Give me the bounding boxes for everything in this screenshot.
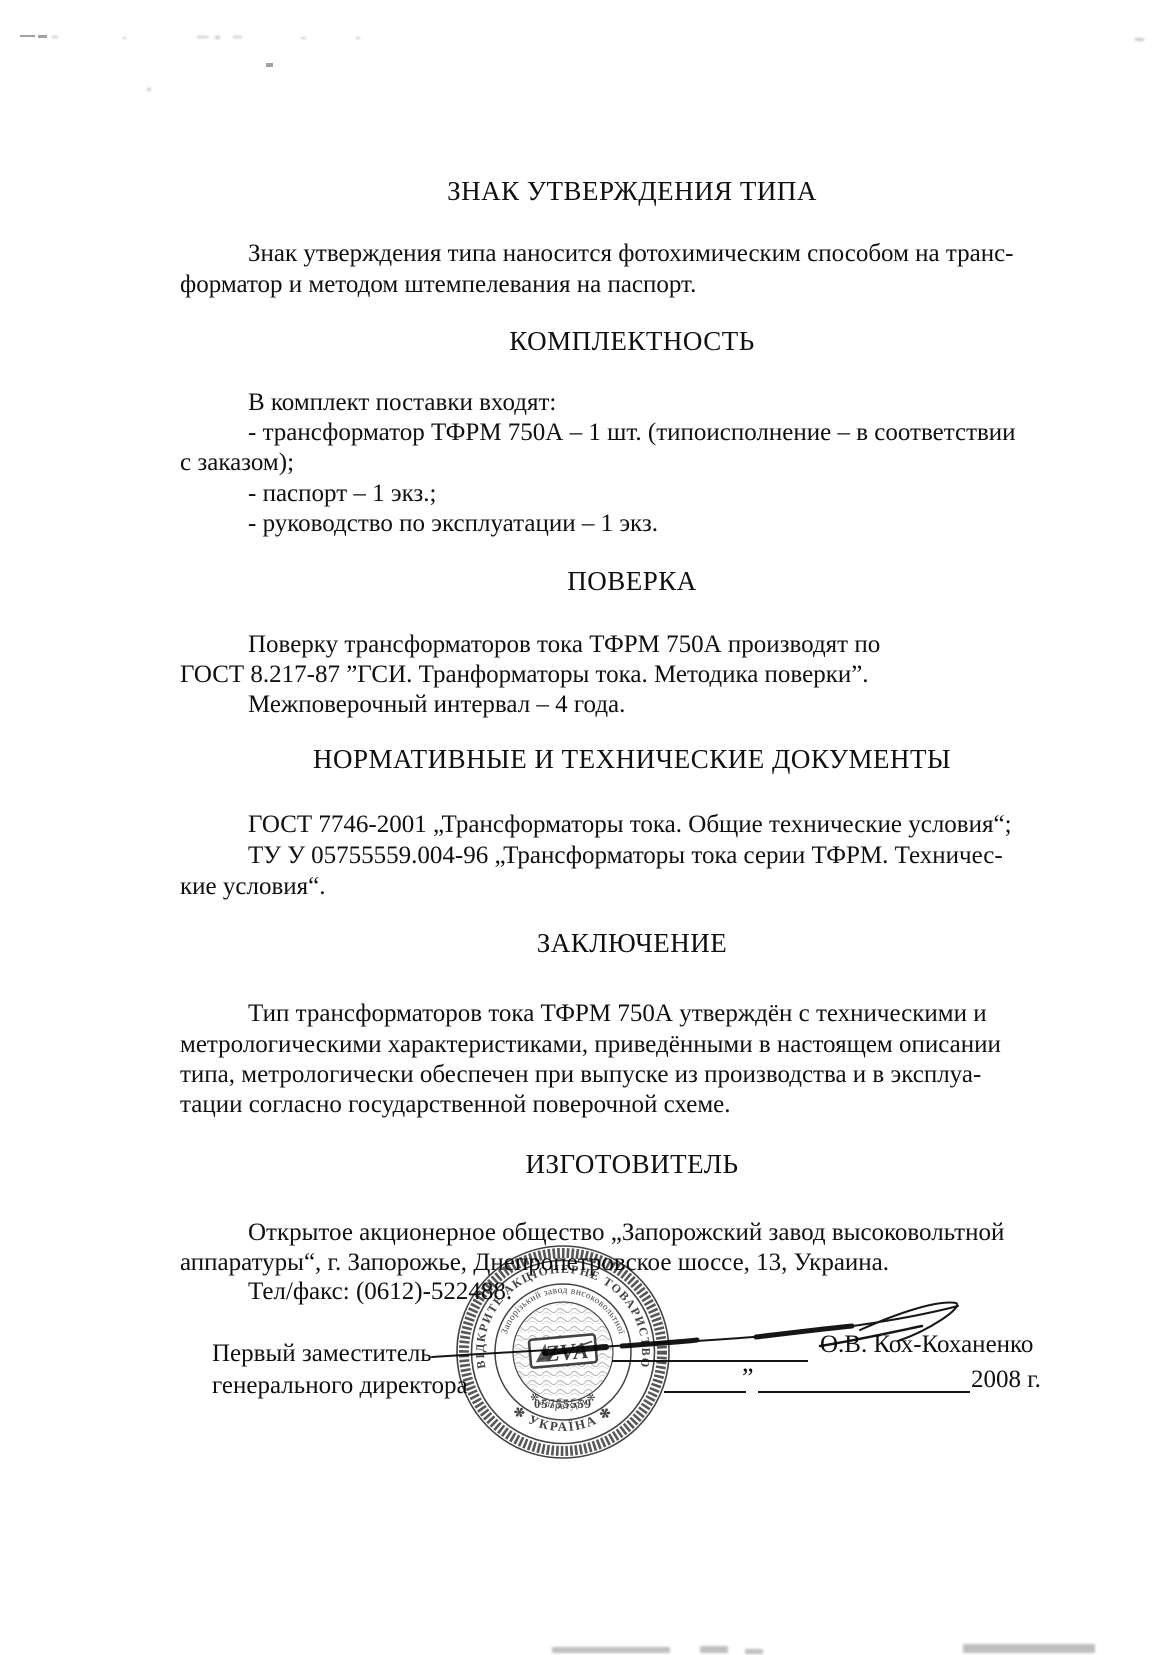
text-line: Межповерочный интервал – 4 года. bbox=[180, 691, 1092, 719]
scan-noise bbox=[20, 35, 35, 37]
text-line: - паспорт – 1 экз.; bbox=[180, 480, 1092, 508]
date-month-blank bbox=[758, 1391, 970, 1393]
text-line: Поверку трансформаторов тока ТФРМ 750А п… bbox=[180, 631, 1092, 659]
date-year: 2008 г. bbox=[971, 1366, 1041, 1394]
seal-graphic: ВІДКРИТЕ АКЦІОНЕРНЕ ТОВАРИСТВО ✻ УКРАЇНА… bbox=[445, 1234, 681, 1470]
scan-noise bbox=[123, 37, 126, 39]
section-heading-normative-docs: НОРМАТИВНЫЕ И ТЕХНИЧЕСКИЕ ДОКУМЕНТЫ bbox=[210, 744, 1054, 775]
text-line: метрологическими характеристиками, приве… bbox=[180, 1031, 1024, 1059]
signer-name: О.В. Кох-Коханенко bbox=[820, 1331, 1033, 1359]
section-heading-conclusion: ЗАКЛЮЧЕНИЕ bbox=[210, 928, 1054, 959]
scan-noise bbox=[1135, 38, 1144, 41]
text-line: Тип трансформаторов тока ТФРМ 750А утвер… bbox=[180, 1000, 1092, 1028]
scan-fragment bbox=[700, 1646, 728, 1653]
scan-noise bbox=[147, 88, 151, 91]
text-line: кие условия“. bbox=[180, 873, 1024, 901]
section-heading-approval-mark: ЗНАК УТВЕРЖДЕНИЯ ТИПА bbox=[210, 176, 1054, 207]
text-line: В комплект поставки входят: bbox=[180, 389, 1092, 417]
scan-noise bbox=[197, 36, 208, 38]
text-line: ГОСТ 8.217-87 ”ГСИ. Транформаторы тока. … bbox=[180, 661, 1024, 689]
scan-noise bbox=[301, 37, 306, 39]
scan-noise bbox=[52, 36, 58, 38]
scan-fragment bbox=[552, 1647, 670, 1653]
scan-noise bbox=[215, 36, 220, 39]
text-line: - руководство по эксплуатации – 1 экз. bbox=[180, 510, 1092, 538]
text-line: типа, метрологически обеспечен при выпус… bbox=[180, 1061, 1024, 1089]
scan-noise bbox=[233, 36, 242, 38]
seal-logo-text: ZVA bbox=[544, 1338, 590, 1367]
signer-role-line2: генерального директора bbox=[212, 1372, 468, 1400]
section-heading-verification: ПОВЕРКА bbox=[210, 566, 1054, 597]
scan-fragment bbox=[963, 1644, 1095, 1653]
scan-noise bbox=[356, 37, 360, 39]
text-line: тации согласно государственной поверочно… bbox=[180, 1091, 1024, 1119]
text-line: - трансформатор ТФРМ 750А – 1 шт. (типои… bbox=[180, 419, 1092, 447]
document-page: ЗНАК УТВЕРЖДЕНИЯ ТИПА Знак утверждения т… bbox=[0, 0, 1175, 1655]
scan-fragment bbox=[745, 1649, 763, 1654]
signer-role-line1: Первый заместитель bbox=[212, 1340, 432, 1368]
date-quote-mark: ” bbox=[742, 1363, 754, 1393]
text-line: форматор и методом штемпелевания на пасп… bbox=[180, 271, 1024, 299]
round-seal-stamp: ВІДКРИТЕ АКЦІОНЕРНЕ ТОВАРИСТВО ✻ УКРАЇНА… bbox=[445, 1234, 681, 1470]
text-line: с заказом); bbox=[180, 449, 1024, 477]
section-heading-completeness: КОМПЛЕКТНОСТЬ bbox=[210, 326, 1054, 357]
text-line: ГОСТ 7746-2001 „Трансформаторы тока. Общ… bbox=[180, 811, 1092, 839]
scan-noise bbox=[38, 35, 47, 38]
text-line: ТУ У 05755559.004-96 „Трансформаторы ток… bbox=[180, 842, 1092, 870]
seal-logo: ZVA bbox=[529, 1334, 597, 1368]
section-heading-manufacturer: ИЗГОТОВИТЕЛЬ bbox=[210, 1149, 1054, 1180]
text-line: Знак утверждения типа наносится фотохими… bbox=[180, 240, 1092, 268]
scan-noise bbox=[266, 63, 273, 67]
seal-code: 05755559 bbox=[534, 1397, 592, 1411]
